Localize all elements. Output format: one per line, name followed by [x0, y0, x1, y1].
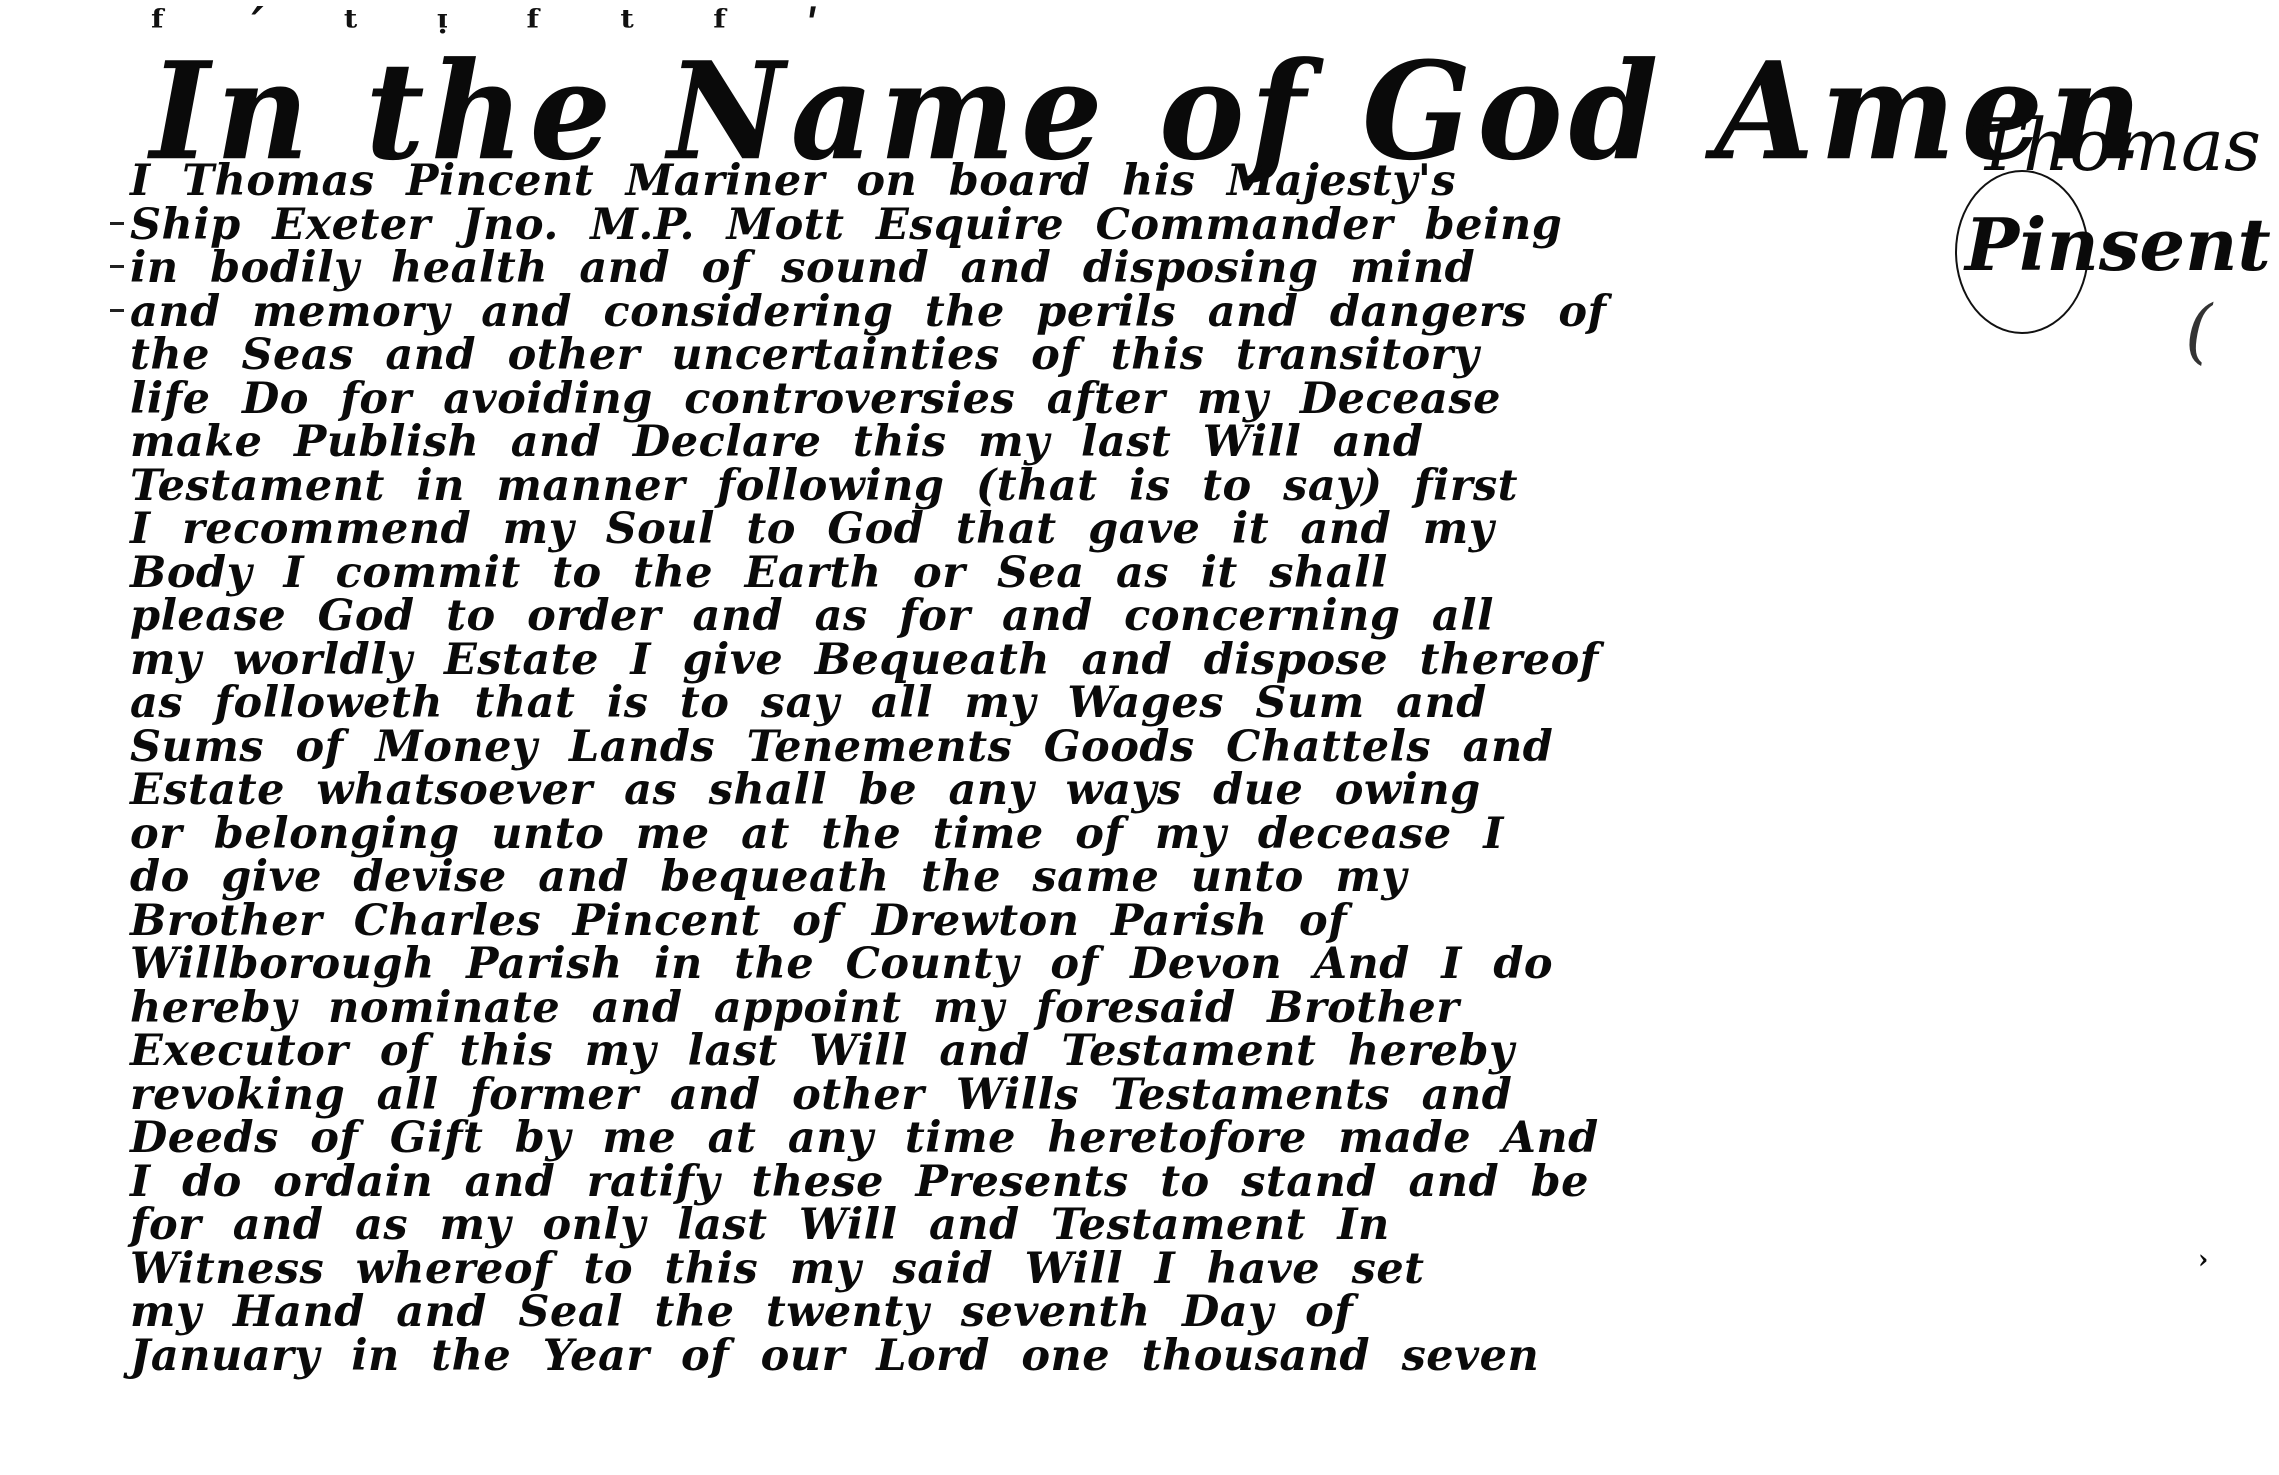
text-line: Sums of Money Lands Tenements Goods Chat… — [130, 724, 1950, 768]
text-line: make Publish and Declare this my last Wi… — [130, 419, 1950, 463]
text-line: the Seas and other uncertainties of this… — [130, 332, 1950, 376]
margin-bracket-icon: ( — [2185, 290, 2212, 372]
margin-dash-icon — [110, 265, 124, 268]
text-line: hereby nominate and appoint my foresaid … — [130, 985, 1950, 1029]
text-line: Executor of this my last Will and Testam… — [130, 1028, 1950, 1072]
text-line: Testament in manner following (that is t… — [130, 463, 1950, 507]
text-line: for and as my only last Will and Testame… — [130, 1202, 1950, 1246]
text-line-content: and memory and considering the perils an… — [130, 287, 1607, 337]
text-line: I do ordain and ratify these Presents to… — [130, 1159, 1950, 1203]
text-line: revoking all former and other Wills Test… — [130, 1072, 1950, 1116]
text-line: January in the Year of our Lord one thou… — [130, 1333, 1950, 1377]
text-line: as followeth that is to say all my Wages… — [130, 680, 1950, 724]
text-line: Willborough Parish in the County of Devo… — [130, 941, 1950, 985]
text-line-content: Ship Exeter Jno. M.P. Mott Esquire Comma… — [130, 200, 1562, 250]
margin-signature: Thomas Pinsent ( — [1955, 95, 2275, 335]
text-line: I recommend my Soul to God that gave it … — [130, 506, 1950, 550]
margin-dash-icon — [110, 309, 124, 312]
margin-dash-icon — [110, 222, 124, 225]
text-line: Estate whatsoever as shall be any ways d… — [130, 767, 1950, 811]
text-line: and memory and considering the perils an… — [130, 289, 1950, 333]
text-line: Witness whereof to this my said Will I h… — [130, 1246, 1950, 1290]
text-line-content: in bodily health and of sound and dispos… — [130, 243, 1475, 293]
margin-first-name: Thomas — [1975, 105, 2261, 185]
text-line: my worldly Estate I give Bequeath and di… — [130, 637, 1950, 681]
text-line: Body I commit to the Earth or Sea as it … — [130, 550, 1950, 594]
text-line: I Thomas Pincent Mariner on board his Ma… — [130, 158, 1950, 202]
margin-last-name: Pinsent — [1965, 205, 2271, 285]
document-page: ᶠ ˊ ᵗ ᵎ ᶠ ᵗ ᶠ ʹ In the Name of God Amen … — [0, 0, 2279, 1475]
stray-ink-mark-icon: › — [2198, 1245, 2208, 1275]
text-line: or belonging unto me at the time of my d… — [130, 811, 1950, 855]
text-line: my Hand and Seal the twenty seventh Day … — [130, 1289, 1950, 1333]
will-body-text: I Thomas Pincent Mariner on board his Ma… — [130, 158, 1950, 1376]
text-line: do give devise and bequeath the same unt… — [130, 854, 1950, 898]
text-line: in bodily health and of sound and dispos… — [130, 245, 1950, 289]
text-line: Brother Charles Pincent of Drewton Paris… — [130, 898, 1950, 942]
text-line: please God to order and as for and conce… — [130, 593, 1950, 637]
text-line: life Do for avoiding controversies after… — [130, 376, 1950, 420]
text-line: Ship Exeter Jno. M.P. Mott Esquire Comma… — [130, 202, 1950, 246]
text-line: Deeds of Gift by me at any time heretofo… — [130, 1115, 1950, 1159]
